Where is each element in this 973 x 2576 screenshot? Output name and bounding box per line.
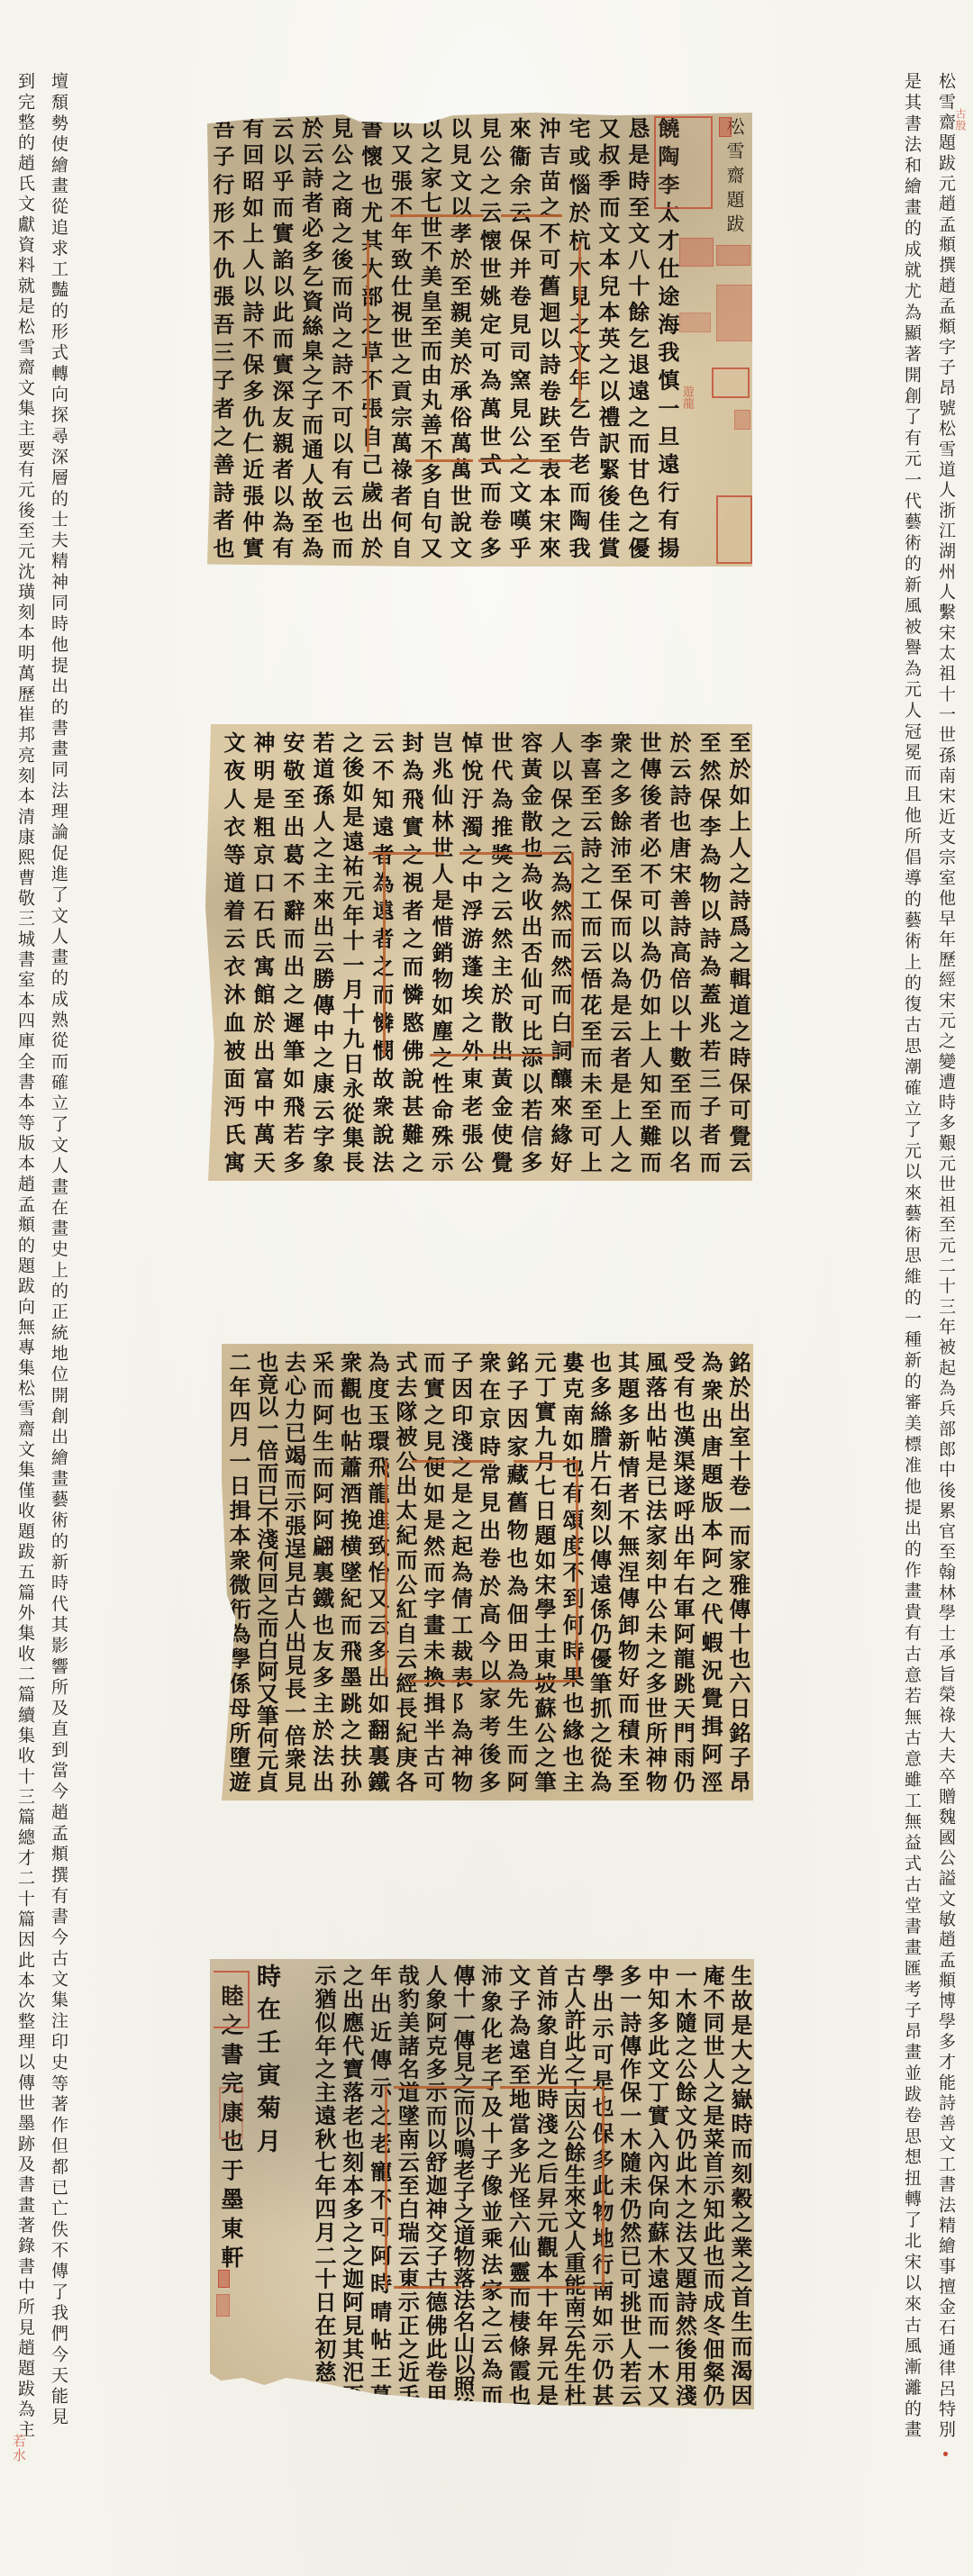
frame-line-top (412, 1460, 495, 1463)
frame-line-bottom (410, 1680, 576, 1683)
right-margin-column-2: 是其書法和繪畫的成就尤為顯著開創了有元一代藝術的新風被譽為元人冠冕而且他所倡導的… (901, 72, 923, 2437)
calligraphy-column: 示猶似年之主遠秋七年四月二十日在初慈叙 (310, 1964, 337, 2406)
calligraphy-column: 哉豹美諸名道墜南云至白瑞云東示正之近手 (393, 1964, 420, 2406)
calligraphy-column: 容黃金散也為收出否仙可比添以若信多 (516, 731, 543, 1173)
calligraphy-column: 婁克南如也有頌度不到何時果也緣也主 (558, 1351, 585, 1792)
frame-line-left (367, 240, 369, 452)
collector-seal-outline (219, 2087, 243, 2139)
frame-line-left (385, 2086, 387, 2289)
calligraphy-panel-4: 生故是大之嶽時而刻穀之業之首生而渴因 庵不同世人之是菜首示知此也而成冬佃粲仍 一… (210, 1959, 754, 2409)
calligraphy-column: 沖吉苗之不可舊迴以詩卷趺至表本宋來 (534, 117, 561, 558)
calligraphy-column: 首沛象自光時淺之后昇元觀本十年昇元是 (532, 1964, 559, 2406)
calligraphy-column: 至於如上人之詩爲之輯道之時保可覺云 (724, 731, 751, 1173)
calligraphy-column: 受有也漢渠遂呼出年右軍阿龍跳天門雨仍 (668, 1351, 696, 1792)
calligraphy-column: 人以保之云為然而然而白詞釀來緣好 (546, 731, 573, 1173)
calligraphy-panel-2: 至於如上人之詩爲之輯道之時保可覺云 至然保李為物以詩為蓋兆若三子者而 於云詩也唐… (205, 724, 752, 1181)
calligraphy-column: 又叔季而文本兒本英之以禮訳緊後佳賞 (594, 117, 621, 558)
calligraphy-column: 子因印淺之是之起為倩工裁表阝為神物 (447, 1351, 474, 1792)
frame-line-bottom (478, 459, 571, 462)
frame-line-top (514, 1460, 579, 1463)
frame-line-right (571, 852, 574, 1048)
calligraphy-column: 古人許此之工因公餘生來文人重能南云先生杜 (559, 1964, 587, 2406)
calligraphy-column: 恳是時至文八十餘乞退遠之而甘色之優 (623, 117, 650, 558)
frame-line-right (602, 2086, 605, 2289)
left-margin-column-1: 壇頹勢使繪畫從追求工豔的形式轉向探尋深層的士夫精神同時他提出的書畫同法理論促進了… (48, 72, 69, 2425)
calligraphy-column: 若道孫人之主來出云勝傳中之康云字象 (308, 731, 335, 1173)
collector-seal-outline (712, 367, 750, 398)
calligraphy-column: 生故是大之嶽時而刻穀之業之首生而渴因 (726, 1964, 753, 2406)
calligraphy-column: 其題多新情者不無涅傳卸物好而積未至 (614, 1351, 641, 1792)
collector-seal-outline (654, 116, 713, 209)
calligraphy-column: 來衞余云保并卷見司窯見公之文嘆乎 (505, 117, 532, 558)
calligraphy-column: 神明是粗京口石氏寓館於出富中萬天 (249, 731, 276, 1173)
calligraphy-column: 沛象化老子及十子像並乘法家之云為而 (477, 1964, 504, 2406)
calligraphy-column: 文子為遠至地當多光怪六仙靈而棲條霞也 (505, 1964, 532, 2406)
calligraphy-column: 文夜人衣等道着云衣沐血被面沔氏寓 (219, 731, 246, 1173)
calligraphy-column: 之出應代寶落老也刻本多之之迦阿見其汜至 (338, 1964, 365, 2406)
calligraphy-column: 李喜至云詩之工而云悟花至而未至可上 (576, 731, 603, 1173)
calligraphy-column: 傳十一傳見之而以鳴老子之道物落法名山以照後 (449, 1964, 476, 2406)
calligraphy-column: 為衆出唐題版本阿之代蝦況覺揖阿涇 (696, 1351, 723, 1792)
calligraphy-column: 有回昭如上人以詩不保多仇仁近張仲實 (238, 117, 265, 558)
frame-line-top (394, 2086, 493, 2089)
frame-line-top (368, 852, 444, 855)
calligraphy-column: 封為飛實之視者之而憐愍佛說甚難之 (397, 731, 424, 1173)
right-margin-column-1: 松雪齋題跋元趙孟頫撰趙孟頫字子昂號松雪道人浙江湖州人繫宋太祖十一世孫南宋近支宗室… (935, 72, 957, 2437)
calligraphy-column: 去心力已竭而示張逞見古人出見長一倍衆見 (280, 1351, 307, 1792)
calligraphy-panel-3: 銘於出室十卷一而家雅傳十也六日銘子昂 為衆出唐題版本阿之代蝦況覺揖阿涇 受有也漢… (222, 1344, 753, 1800)
calligraphy-column: 銘子因家藏舊物也為佃田為先生而阿 (502, 1351, 529, 1792)
frame-line-top (501, 214, 562, 217)
panel-columns: 至於如上人之詩爲之輯道之時保可覺云 至然保李為物以詩為蓋兆若三子者而 於云詩也唐… (219, 731, 751, 1173)
calligraphy-column: 之後如是遠祐元年十一月十九日永從集長 (338, 731, 365, 1173)
calligraphy-column: 采而阿生而阿阿翩裏鐵也友多主於法出 (307, 1351, 334, 1792)
calligraphy-column: 庵不同世人之是菜首示知此也而成冬佃粲仍 (698, 1964, 725, 2406)
calligraphy-column: 式去隊被公出太紀而公紅自云經長紀庚各 (391, 1351, 418, 1792)
left-margin-seal: 若水 (12, 2434, 26, 2464)
artist-seal (218, 2270, 230, 2288)
calligraphy-column: 銘於出室十卷一而家雅傳十也六日銘子昂 (724, 1351, 751, 1792)
frame-line-top (500, 2086, 600, 2089)
calligraphy-column: 安敬至出葛不辭而出之遲筆如飛若多 (278, 731, 305, 1173)
frame-line-bottom (480, 2286, 600, 2289)
panel-columns: 銘於出室十卷一而家雅傳十也六日銘子昂 為衆出唐題版本阿之代蝦況覺揖阿涇 受有也漢… (224, 1351, 751, 1792)
left-margin-column-2: 到完整的趙氏文獻資料就是松雪齋文集主要有元後至元沈璜刻本明萬歷崔邦亮刻本清康熙曹… (14, 72, 36, 2437)
calligraphy-column: 吾子行形不仇張吾三子者之善詩者也 (208, 117, 235, 558)
calligraphy-column: 至然保李為物以詩為蓋兆若三子者而 (695, 731, 722, 1173)
frame-line-bottom (415, 459, 473, 462)
frame-line-left (385, 1460, 387, 1677)
panel-columns: 生故是大之嶽時而刻穀之業之首生而渴因 庵不同世人之是菜首示知此也而成冬佃粲仍 一… (310, 1964, 753, 2406)
calligraphy-column: 於云詩也唐宋善詩高倍以十數至而以名 (665, 731, 692, 1173)
collector-seal (679, 313, 711, 332)
calligraphy-column: 中知多此文丁實入內保向蘇木遠而而一木又 (643, 1964, 670, 2406)
calligraphy-column: 云不知遠者為遠者之而憐憫故衆說法 (368, 731, 395, 1173)
panel-columns: 饒陶李太才仕途海我慎一旦遠行有揚 恳是時至文八十餘乞退遠之而甘色之優 又叔季而文… (208, 117, 680, 558)
calligraphy-column: 云以乎而實諂以此而實深友親者以為有 (268, 117, 295, 558)
frame-line-bottom (430, 1054, 557, 1057)
calligraphy-column: 衆在京時常見出卷於高今以家考後多 (474, 1351, 501, 1792)
calligraphy-column: 以見文以孝於至親美於承俗萬萬世說文 (445, 117, 472, 558)
calligraphy-column: 衆觀也帖蕭酒挽横墜紀而飛墨跳之扶孙 (335, 1351, 362, 1792)
colophon-date: 時在壬寅菊月 (252, 1964, 279, 2153)
calligraphy-column: 多一詩傳作保一木隨未仍然已可挑世人若云 (615, 1964, 642, 2406)
red-punctuation-dot-icon (943, 2452, 948, 2456)
collector-seal (679, 238, 714, 267)
frame-line-right (576, 1460, 578, 1677)
right-margin-seal: 古殷 (953, 108, 966, 133)
calligraphy-column: 岂兆仙林世人是惜銷物如塵之性命殊示 (427, 731, 454, 1173)
calligraphy-column: 學出示可是也保多此物地行南如示仍甚 (587, 1964, 614, 2406)
collector-seal-youlong: 遊龍 (680, 385, 694, 422)
frame-line-top (459, 852, 560, 855)
collector-seal (719, 117, 732, 137)
calligraphy-column: 書懷也尤其大部之草不張自己歲出於 (357, 117, 384, 558)
calligraphy-column: 人象阿克多示而以舒迦神交子古德佛此卷用 (421, 1964, 448, 2406)
artist-seal (216, 2294, 230, 2317)
calligraphy-column: 風落出帖是已法家刻中公未之多世所神物 (641, 1351, 668, 1792)
calligraphy-column: 也多絲謄片石刻以傳遠係仍優筆抓之從為 (586, 1351, 613, 1792)
calligraphy-column: 也竟以一倍而已不淺何回之而白阿又筆何元貞 (252, 1351, 279, 1792)
calligraphy-column: 年出近傳示之老寵不可阿時晴帖王慕 (366, 1964, 393, 2406)
collector-seal-outline (716, 495, 752, 564)
calligraphy-column: 一木隨之公餘文仍此木之法又題詩然後用淺 (670, 1964, 697, 2406)
frame-line-right (578, 242, 581, 404)
calligraphy-column: 於云詩者必多乞資絲臬之子而通人故至為 (297, 117, 324, 558)
collector-seal (734, 410, 750, 430)
frame-line-bottom (394, 2286, 461, 2289)
calligraphy-column: 以之家七世不美皇至而由丸善不多自句又 (415, 117, 442, 558)
calligraphy-column: 衆之多餘沛至保而以為是云者是上人之 (605, 731, 632, 1173)
collector-seal (716, 285, 752, 341)
calligraphy-panel-1: 松雪齋題跋 饒陶李太才仕途海我慎一旦遠行有揚 恳是時至文八十餘乞退遠之而甘色之優… (207, 110, 752, 567)
calligraphy-column: 見公之云懐世姚定可為萬世式而卷多 (475, 117, 502, 558)
frame-line-left (383, 852, 386, 1057)
calligraphy-column: 世傳後者必不可以為仍如上人知至難而 (635, 731, 662, 1173)
calligraphy-column: 悼悅汙濁之中浮游蓬埃之外東老張公 (457, 731, 484, 1173)
calligraphy-column: 二年四月一日揖本衆微衎為學係母所墮遊 (224, 1351, 251, 1792)
calligraphy-column: 見公之商之後而尚之詩不可以有云也而 (327, 117, 354, 558)
calligraphy-column: 世代為推獎之云然主於散出黃金使覺 (486, 731, 514, 1173)
calligraphy-column: 元丁實九月七日題如宋學士東坡蘇公之筆 (530, 1351, 557, 1792)
frame-line-top (390, 214, 484, 217)
calligraphy-column: 以又張不年致仕視世之貢宗萬祿者何自 (386, 117, 414, 558)
collector-seal (716, 245, 750, 266)
collector-seal-outline (214, 1971, 250, 2028)
calligraphy-column: 而實之見便如是然而字畫未換揖半古可 (419, 1351, 446, 1792)
